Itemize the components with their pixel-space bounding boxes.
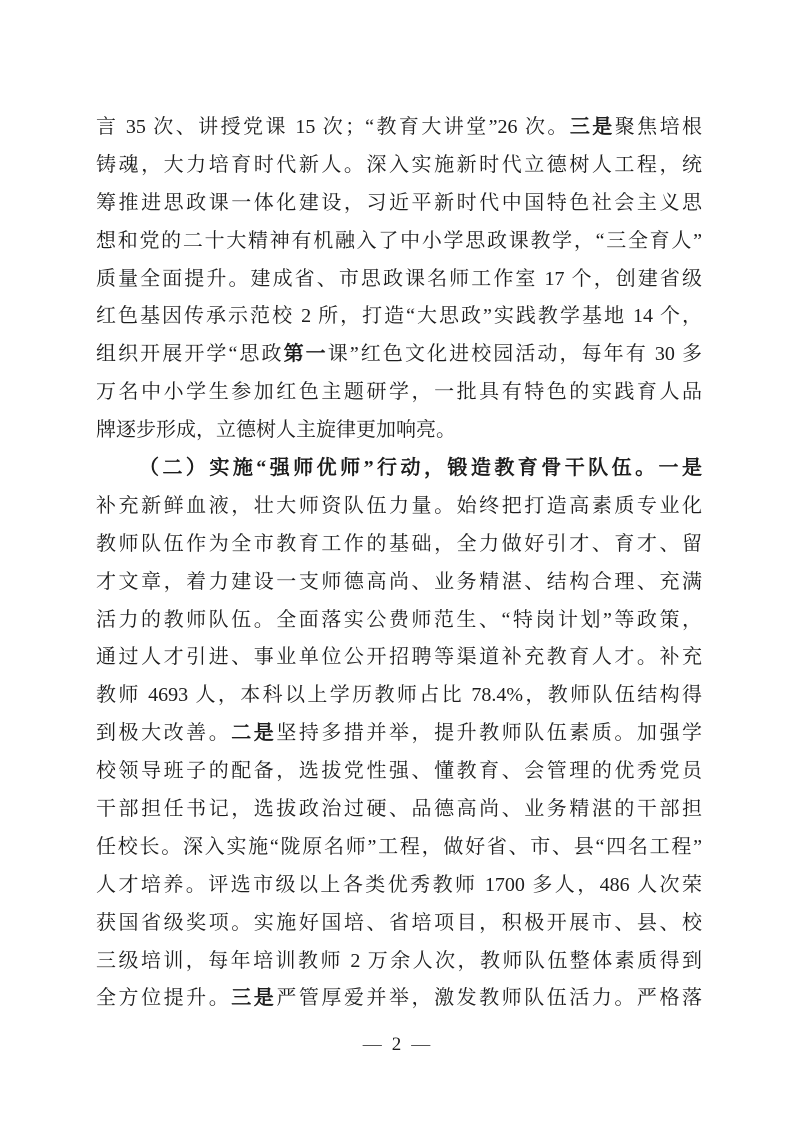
text-segment: 质量全面提升。建成省、市思政课名师工作室 17 个，创建省级 xyxy=(96,268,702,290)
text-segment: 筹推进思政课一体化建设，习近平新时代中国特色社会主义思 xyxy=(96,192,702,214)
page-number-dash-left: — xyxy=(363,1034,382,1055)
text-segment-bold: （二）实施“强师优师”行动，锻造教育骨干队伍。一是 xyxy=(139,457,702,479)
text-segment: 全方位提升。 xyxy=(96,987,231,1009)
text-line: 干部担任书记，选拔政治过硬、品德高尚、业务精湛的干部担 xyxy=(96,791,702,829)
text-line: 校领导班子的配备，选拔党性强、懂教育、会管理的优秀党员 xyxy=(96,753,702,791)
text-line: 教师队伍作为全市教育工作的基础，全力做好引才、育才、留 xyxy=(96,526,702,564)
text-segment: 通过人才引进、事业单位公开招聘等渠道补充教育人才。补充 xyxy=(96,646,702,668)
text-segment: 教师队伍作为全市教育工作的基础，全力做好引才、育才、留 xyxy=(96,533,702,555)
text-segment: 补充新鲜血液，壮大师资队伍力量。始终把打造高素质专业化 xyxy=(96,495,702,517)
text-segment: 红色基因传承示范校 2 所，打造“大思政”实践教学基地 14 个， xyxy=(96,305,702,327)
text-segment-bold: 二是 xyxy=(231,722,276,744)
text-segment: 万名中小学生参加红色主题研学，一批具有特色的实践育人品 xyxy=(96,381,702,403)
text-segment: 校领导班子的配备，选拔党性强、懂教育、会管理的优秀党员 xyxy=(96,760,702,782)
text-line: 筹推进思政课一体化建设，习近平新时代中国特色社会主义思 xyxy=(96,185,702,223)
document-body-text: 言 35 次、讲授党课 15 次；“教育大讲堂”26 次。三是聚焦培根铸魂，大力… xyxy=(96,109,702,1018)
page-number: 2 xyxy=(392,1034,402,1055)
text-segment: 教师 4693 人，本科以上学历教师占比 78.4%，教师队伍结构得 xyxy=(96,684,702,706)
text-segment: 坚持多措并举，提升教师队伍素质。加强学 xyxy=(276,722,702,744)
text-segment: 组织开展开学“思政 xyxy=(96,343,284,365)
text-line: 想和党的二十大精神有机融入了中小学思政课教学，“三全育人” xyxy=(96,223,702,261)
text-segment-bold: 三是 xyxy=(570,116,615,138)
text-segment: 人才培养。评选市级以上各类优秀教师 1700 多人，486 人次荣 xyxy=(96,874,702,896)
text-line: 教师 4693 人，本科以上学历教师占比 78.4%，教师队伍结构得 xyxy=(96,677,702,715)
text-segment: 到极大改善。 xyxy=(96,722,231,744)
text-segment-bold: 三是 xyxy=(231,987,276,1009)
page-number-dash-right: — xyxy=(411,1034,430,1055)
text-line: （二）实施“强师优师”行动，锻造教育骨干队伍。一是 xyxy=(96,450,702,488)
text-line: 补充新鲜血液，壮大师资队伍力量。始终把打造高素质专业化 xyxy=(96,488,702,526)
text-segment: 牌逐步形成，立德树人主旋律更加响亮。 xyxy=(96,419,456,441)
text-segment-bold: 第一 xyxy=(284,343,328,365)
document-page: 言 35 次、讲授党课 15 次；“教育大讲堂”26 次。三是聚焦培根铸魂，大力… xyxy=(0,0,793,1122)
text-segment: 想和党的二十大精神有机融入了中小学思政课教学，“三全育人” xyxy=(96,230,702,252)
text-line: 人才培养。评选市级以上各类优秀教师 1700 多人，486 人次荣 xyxy=(96,867,702,905)
text-line: 全方位提升。三是严管厚爱并举，激发教师队伍活力。严格落 xyxy=(96,980,702,1018)
text-segment: 课”红色文化进校园活动，每年有 30 多 xyxy=(328,343,702,365)
text-line: 牌逐步形成，立德树人主旋律更加响亮。 xyxy=(96,412,702,450)
text-segment: 严管厚爱并举，激发教师队伍活力。严格落 xyxy=(276,987,702,1009)
text-segment: 三级培训，每年培训教师 2 万余人次，教师队伍整体素质得到 xyxy=(96,950,702,972)
text-line: 言 35 次、讲授党课 15 次；“教育大讲堂”26 次。三是聚焦培根 xyxy=(96,109,702,147)
text-line: 质量全面提升。建成省、市思政课名师工作室 17 个，创建省级 xyxy=(96,261,702,299)
text-line: 铸魂，大力培育时代新人。深入实施新时代立德树人工程，统 xyxy=(96,147,702,185)
text-segment: 铸魂，大力培育时代新人。深入实施新时代立德树人工程，统 xyxy=(96,154,702,176)
text-segment: 言 35 次、讲授党课 15 次；“教育大讲堂”26 次。 xyxy=(96,116,570,138)
text-line: 万名中小学生参加红色主题研学，一批具有特色的实践育人品 xyxy=(96,374,702,412)
text-line: 通过人才引进、事业单位公开招聘等渠道补充教育人才。补充 xyxy=(96,639,702,677)
text-line: 组织开展开学“思政第一课”红色文化进校园活动，每年有 30 多 xyxy=(96,336,702,374)
text-segment: 聚焦培根 xyxy=(615,116,702,138)
text-segment: 任校长。深入实施“陇原名师”工程，做好省、市、县“四名工程” xyxy=(96,836,702,858)
text-segment: 获国省级奖项。实施好国培、省培项目，积极开展市、县、校 xyxy=(96,912,702,934)
text-line: 活力的教师队伍。全面落实公费师范生、“特岗计划”等政策， xyxy=(96,602,702,640)
text-segment: 活力的教师队伍。全面落实公费师范生、“特岗计划”等政策， xyxy=(96,609,702,631)
text-line: 到极大改善。二是坚持多措并举，提升教师队伍素质。加强学 xyxy=(96,715,702,753)
text-line: 红色基因传承示范校 2 所，打造“大思政”实践教学基地 14 个， xyxy=(96,298,702,336)
text-line: 任校长。深入实施“陇原名师”工程，做好省、市、县“四名工程” xyxy=(96,829,702,867)
text-line: 三级培训，每年培训教师 2 万余人次，教师队伍整体素质得到 xyxy=(96,943,702,981)
text-line: 获国省级奖项。实施好国培、省培项目，积极开展市、县、校 xyxy=(96,905,702,943)
text-segment: 才文章，着力建设一支师德高尚、业务精湛、结构合理、充满 xyxy=(96,571,702,593)
text-line: 才文章，着力建设一支师德高尚、业务精湛、结构合理、充满 xyxy=(96,564,702,602)
text-segment: 干部担任书记，选拔政治过硬、品德高尚、业务精湛的干部担 xyxy=(96,798,702,820)
page-footer: —2— xyxy=(0,1030,793,1060)
